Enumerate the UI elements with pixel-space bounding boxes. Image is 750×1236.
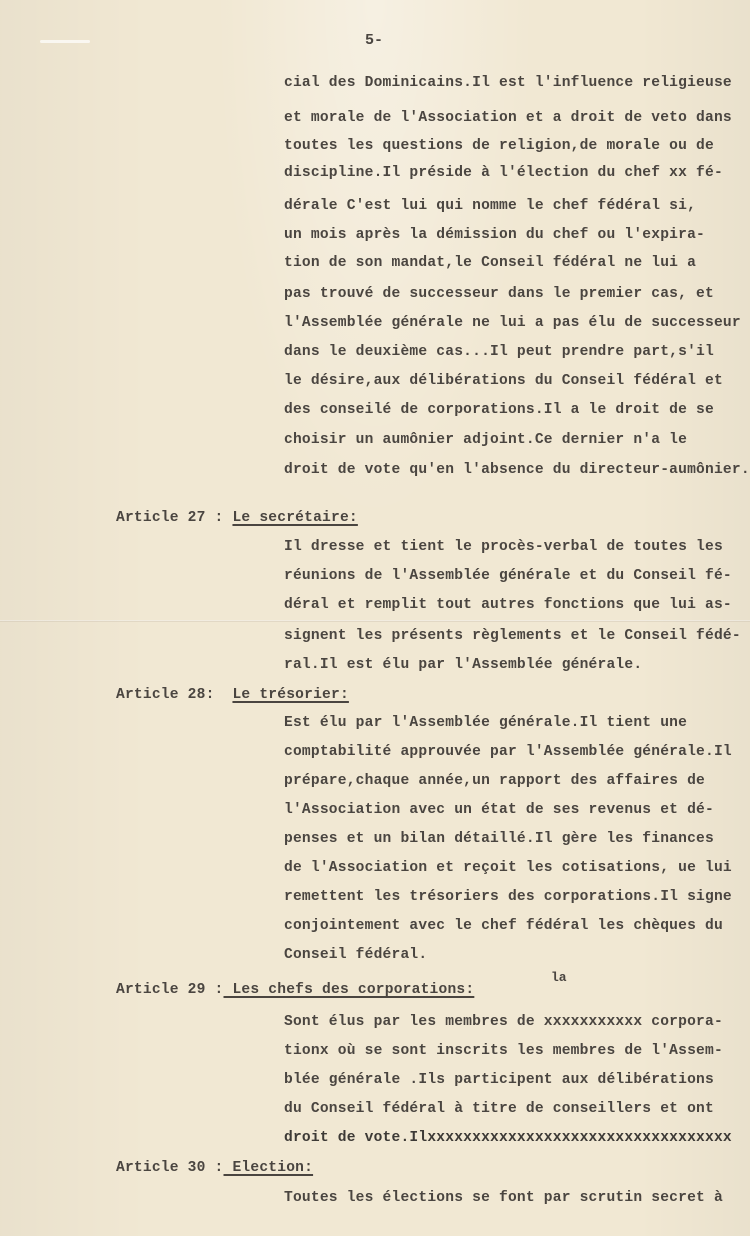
text-line: cial des Dominicains.Il est l'influence … [284, 74, 732, 92]
text-line: toutes les questions de religion,de mora… [284, 137, 714, 155]
handwritten-insertion: la [551, 970, 567, 985]
text-line: de l'Association et reçoit les cotisatio… [284, 859, 732, 877]
text-line: conjointement avec le chef fédéral les c… [284, 917, 723, 935]
paper-fold-crease [0, 620, 750, 622]
text-line: penses et un bilan détaillé.Il gère les … [284, 830, 714, 848]
article-label: Article 30 : [116, 1160, 224, 1176]
text-line: signent les présents règlements et le Co… [284, 627, 741, 645]
article-30-heading: Article 30 : Election: [116, 1159, 313, 1177]
text-line: des conseilé de corporations.Il a le dro… [284, 401, 714, 419]
text-line: Sont élus par les membres de xxxxxxxxxxx… [284, 1013, 723, 1031]
paper-stain [40, 40, 90, 43]
typewritten-page: 5- cial des Dominicains.Il est l'influen… [0, 0, 750, 1236]
article-label: Article 27 : [116, 510, 232, 526]
text-line: Il dresse et tient le procès-verbal de t… [284, 538, 723, 556]
text-line: dans le deuxième cas...Il peut prendre p… [284, 343, 714, 361]
text-line: du Conseil fédéral à titre de conseiller… [284, 1100, 714, 1118]
article-28-heading: Article 28: Le trésorier: [116, 686, 349, 704]
text-line: Toutes les élections se font par scrutin… [284, 1189, 723, 1207]
text-line: un mois après la démission du chef ou l'… [284, 226, 705, 244]
article-label: Article 28: [116, 687, 232, 703]
text-line: tionx où se sont inscrits les membres de… [284, 1042, 723, 1060]
text-line: discipline.Il préside à l'élection du ch… [284, 164, 723, 182]
article-title: Election: [224, 1160, 314, 1176]
text-line: tion de son mandat,le Conseil fédéral ne… [284, 254, 696, 272]
text-line: ral.Il est élu par l'Assemblée générale. [284, 656, 642, 674]
text-line: réunions de l'Assemblée générale et du C… [284, 567, 732, 585]
article-title: Le trésorier: [232, 687, 348, 703]
text-line: déral et remplit tout autres fonctions q… [284, 596, 732, 614]
text-line: l'Assemblée générale ne lui a pas élu de… [284, 314, 741, 332]
text-line: pas trouvé de successeur dans le premier… [284, 285, 714, 303]
text-line: et morale de l'Association et a droit de… [284, 109, 732, 127]
text-line: prépare,chaque année,un rapport des affa… [284, 772, 705, 790]
text-line: choisir un aumônier adjoint.Ce dernier n… [284, 431, 687, 449]
text-line: Est élu par l'Assemblée générale.Il tien… [284, 714, 687, 732]
text-line: droit de vote qu'en l'absence du directe… [284, 461, 750, 479]
text-line: l'Association avec un état de ses revenu… [284, 801, 714, 819]
text-line: Conseil fédéral. [284, 946, 427, 964]
page-number: 5- [365, 32, 383, 49]
text-line: comptabilité approuvée par l'Assemblée g… [284, 743, 732, 761]
text-line: le désire,aux délibérations du Conseil f… [284, 372, 723, 390]
article-title: Les chefs des corporations: [224, 982, 475, 998]
text-line: remettent les trésoriers des corporation… [284, 888, 732, 906]
article-27-heading: Article 27 : Le secrétaire: [116, 509, 358, 527]
article-29-heading: Article 29 : Les chefs des corporations: [116, 981, 474, 999]
article-title: Le secrétaire: [232, 510, 357, 526]
text-line-struck: droit de vote.Ilxxxxxxxxxxxxxxxxxxxxxxxx… [284, 1129, 732, 1147]
text-line: dérale C'est lui qui nomme le chef fédér… [284, 197, 696, 215]
article-label: Article 29 : [116, 982, 224, 998]
text-line: blée générale .Ils participent aux délib… [284, 1071, 714, 1089]
